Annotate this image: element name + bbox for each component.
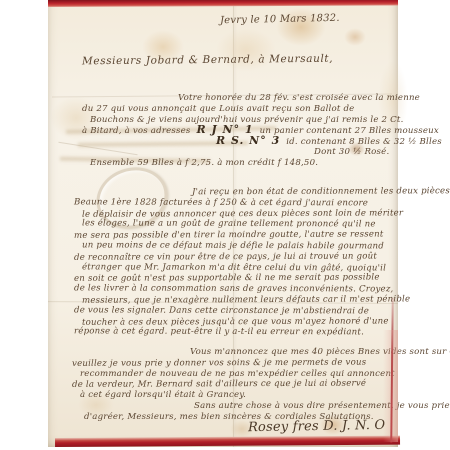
handwritten-line: Bouchons & je viens aujourd'hui vous pré…	[82, 115, 442, 126]
handwritten-line: de reconnaître ce vin pour être de ce pa…	[74, 251, 450, 263]
handwritten-line: du 27 qui vous annonçait que Louis avait…	[82, 104, 442, 115]
letter-scan-photo: Jevry le 10 Mars 1832. Messieurs Jobard …	[0, 0, 450, 450]
shipment-code: R S. N° 3	[210, 134, 286, 147]
paragraph-shipment: Votre honorée du 28 fév. s'est croisée a…	[82, 93, 442, 169]
paper-edge-tint	[383, 330, 398, 442]
line-text: un panier contenant 27 Blles mousseux	[260, 126, 439, 136]
line-text: à Bitard, à vos adresses	[82, 126, 191, 136]
salutation: Messieurs Jobard & Bernard, à Meursault,	[82, 53, 333, 68]
handwritten-line: Votre honorée du 28 fév. s'est croisée a…	[82, 93, 442, 104]
letter-paper: Jevry le 10 Mars 1832. Messieurs Jobard …	[48, 0, 398, 447]
handwritten-line: R S. N° 3id. contenant 8 Blles & 32 ½ Bl…	[82, 136, 442, 147]
signature: Rosey fres D. J. N. O	[248, 418, 386, 435]
dateline: Jevry le 10 Mars 1832.	[220, 13, 340, 27]
age-stain	[344, 28, 366, 46]
handwritten-line: Ensemble 59 Blles à f 2,75. à mon crédit…	[82, 158, 442, 169]
handwritten-line: Dont 30 ½ Rosé.	[82, 147, 442, 158]
line-text: id. contenant 8 Blles & 32 ½ Blles	[286, 137, 442, 147]
